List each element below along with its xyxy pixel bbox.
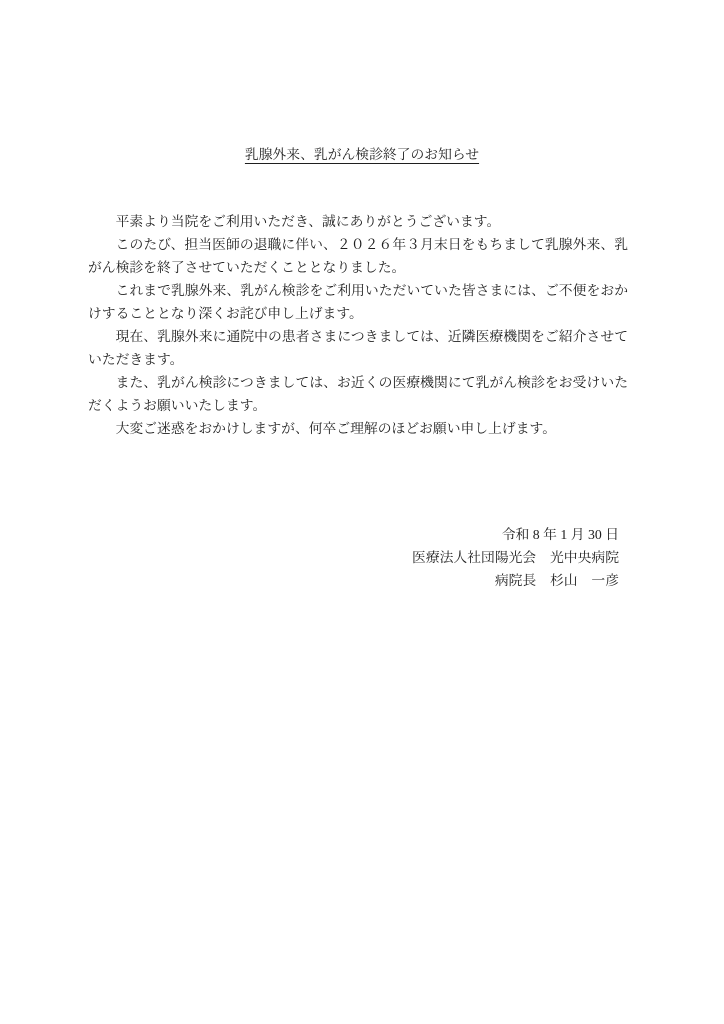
body-paragraph-greeting: 平素より当院をご利用いただき、誠にありがとうございます。	[88, 210, 628, 233]
document-title-text: 乳腺外来、乳がん検診終了のお知らせ	[245, 147, 479, 162]
body-paragraph-screening-guidance: また、乳がん検診につきましては、お近くの医療機関にて乳がん検診をお受けいただくよ…	[88, 371, 628, 417]
body-paragraph-announcement: このたび、担当医師の退職に伴い、２０２６年３月末日をもちまして乳腺外来、乳がん検…	[88, 233, 628, 279]
body-paragraph-current-patients: 現在、乳腺外来に通院中の患者さまにつきましては、近隣医療機関をご紹介させていただ…	[88, 325, 628, 371]
signature-signer: 病院長 杉山 一彦	[88, 569, 619, 592]
document-page: 乳腺外来、乳がん検診終了のお知らせ 平素より当院をご利用いただき、誠にありがとう…	[0, 0, 724, 1024]
signature-block: 令和 8 年 1 月 30 日 医療法人社団陽光会 光中央病院 病院長 杉山 一…	[88, 523, 619, 592]
document-title: 乳腺外来、乳がん検診終了のお知らせ	[0, 143, 724, 166]
signature-organization: 医療法人社団陽光会 光中央病院	[88, 546, 619, 569]
body-paragraph-apology: これまで乳腺外来、乳がん検診をご利用いただいていた皆さまには、ご不便をおかけする…	[88, 279, 628, 325]
signature-date: 令和 8 年 1 月 30 日	[88, 523, 619, 546]
document-body: 平素より当院をご利用いただき、誠にありがとうございます。 このたび、担当医師の退…	[88, 210, 628, 440]
body-paragraph-closing: 大変ご迷惑をおかけしますが、何卒ご理解のほどお願い申し上げます。	[88, 417, 628, 440]
